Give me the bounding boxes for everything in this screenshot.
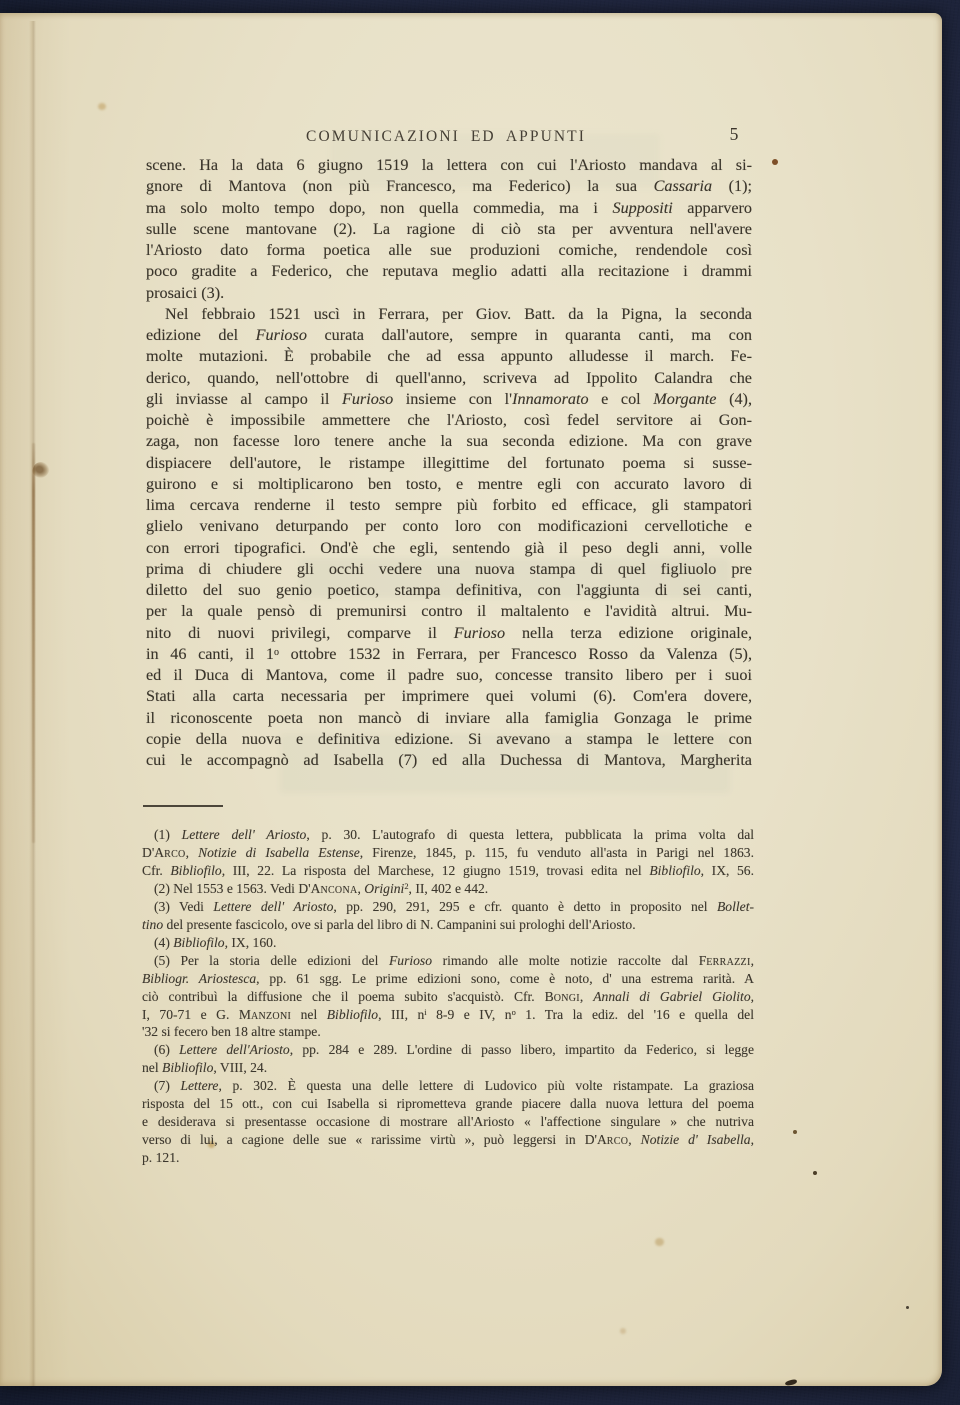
text-line: e desiderava si presentasse occasione di… — [142, 1113, 754, 1131]
text-line: l'Ariosto dato forma poetica alle sue pr… — [146, 240, 752, 261]
text-line: (4) Bibliofilo, IX, 160. — [142, 934, 754, 952]
text-line: (3) Vedi Lettere dell' Ariosto, pp. 290,… — [142, 898, 754, 916]
text-line: '32 si fecero ben 18 altre stampe. — [142, 1023, 754, 1041]
text-line: derico, quando, nell'ottobre di quell'an… — [146, 368, 752, 389]
text-line: molte mutazioni. È probabile che ad essa… — [146, 346, 752, 367]
text-line: Cfr. Bibliofilo, III, 22. La risposta de… — [142, 862, 754, 880]
text-line: lima cercava renderne il testo sempre pi… — [146, 495, 752, 516]
text-line: cui le accompagnò ad Isabella (7) ed all… — [146, 750, 752, 771]
stain-dot — [772, 159, 778, 165]
text-line: in 46 canti, il 1o ottobre 1532 in Ferra… — [146, 644, 752, 665]
stain-dot — [813, 1171, 817, 1175]
text-line: (1) Lettere dell' Ariosto, p. 30. L'auto… — [142, 826, 754, 844]
text-line: glielo venivano deturpando per conto lor… — [146, 516, 752, 537]
text-line: zaga, non facesse loro tenere anche la s… — [146, 431, 752, 452]
text-line: guirono e si moltiplicarono ben tosto, e… — [146, 474, 752, 495]
text-line: scene. Ha la data 6 giugno 1519 la lette… — [146, 155, 752, 176]
text-line: copie della nuova e definitiva edizione.… — [146, 729, 752, 750]
text-line: gli inviasse al campo il Furioso insieme… — [146, 389, 752, 410]
text-line: per la quale pensò di premunirsi contro … — [146, 601, 752, 622]
running-header-title: COMUNICAZIONI ED APPUNTI — [140, 128, 752, 146]
stain-smudge — [785, 1379, 798, 1386]
text-line: Nel febbraio 1521 uscì in Ferrara, per G… — [146, 304, 752, 325]
text-line: poco gradite a Federico, che reputava me… — [146, 261, 752, 282]
foxing-spot — [98, 103, 106, 110]
text-line: con errori tipografici. Ond'è che egli, … — [146, 538, 752, 559]
foxing-spot — [655, 1238, 664, 1246]
text-line: I, 70-71 e G. Manzoni nel Bibliofilo, II… — [142, 1006, 754, 1024]
text-line: sulle scene mantovane (2). La ragione di… — [146, 219, 752, 240]
text-line: poichè è impossibile ammettere che l'Ari… — [146, 410, 752, 431]
text-line: (6) Lettere dell'Ariosto, pp. 284 e 289.… — [142, 1041, 754, 1059]
text-line: ciò contribuì la diffusione che il poema… — [142, 988, 754, 1006]
footnotes-block: (1) Lettere dell' Ariosto, p. 30. L'auto… — [142, 826, 754, 1167]
text-line: verso di lui, a cagione delle sue « rari… — [142, 1131, 754, 1149]
stain-dot — [793, 1130, 797, 1134]
body-text: scene. Ha la data 6 giugno 1519 la lette… — [146, 155, 752, 771]
page-number: 5 — [720, 124, 748, 145]
text-line: (7) Lettere, p. 302. È questa una delle … — [142, 1077, 754, 1095]
footnote-separator — [143, 805, 223, 807]
text-line: tino del presente fascicolo, ove si parl… — [142, 916, 754, 934]
foxing-spot — [620, 1328, 626, 1334]
text-line: ma solo molto tempo dopo, non quella com… — [146, 198, 752, 219]
text-line: p. 121. — [142, 1149, 754, 1167]
text-line: ed il Duca di Mantova, come il padre suo… — [146, 665, 752, 686]
text-line: nel Bibliofilo, VIII, 24. — [142, 1059, 754, 1077]
text-line: gnore di Mantova (non più Francesco, ma … — [146, 176, 752, 197]
text-line: (5) Per la storia delle edizioni del Fur… — [142, 952, 754, 970]
text-line: il riconoscente poeta non mancò di invia… — [146, 708, 752, 729]
text-line: Bibliogr. Ariostesca, pp. 61 sgg. Le pri… — [142, 970, 754, 988]
text-line: edizione del Furioso curata dall'autore,… — [146, 325, 752, 346]
text-line: nito di nuovi privilegi, comparve il Fur… — [146, 623, 752, 644]
text-line: dispiacere dell'autore, le ristampe ille… — [146, 453, 752, 474]
stain-dot — [906, 1306, 909, 1309]
text-line: diletto del suo genio poetico, stampa de… — [146, 580, 752, 601]
text-line: (2) Nel 1553 e 1563. Vedi D'Ancona, Orig… — [142, 880, 754, 898]
fold-crease-dark-segment — [32, 443, 35, 843]
text-line: D'Arco, Notizie di Isabella Estense, Fir… — [142, 844, 754, 862]
text-line: prosaici (3). — [146, 283, 752, 304]
text-line: prima di chiudere gli occhi vedere una n… — [146, 559, 752, 580]
text-line: Stati alla carta necessaria per imprimer… — [146, 686, 752, 707]
text-line: risposta del 15 ott., con cui Isabella s… — [142, 1095, 754, 1113]
